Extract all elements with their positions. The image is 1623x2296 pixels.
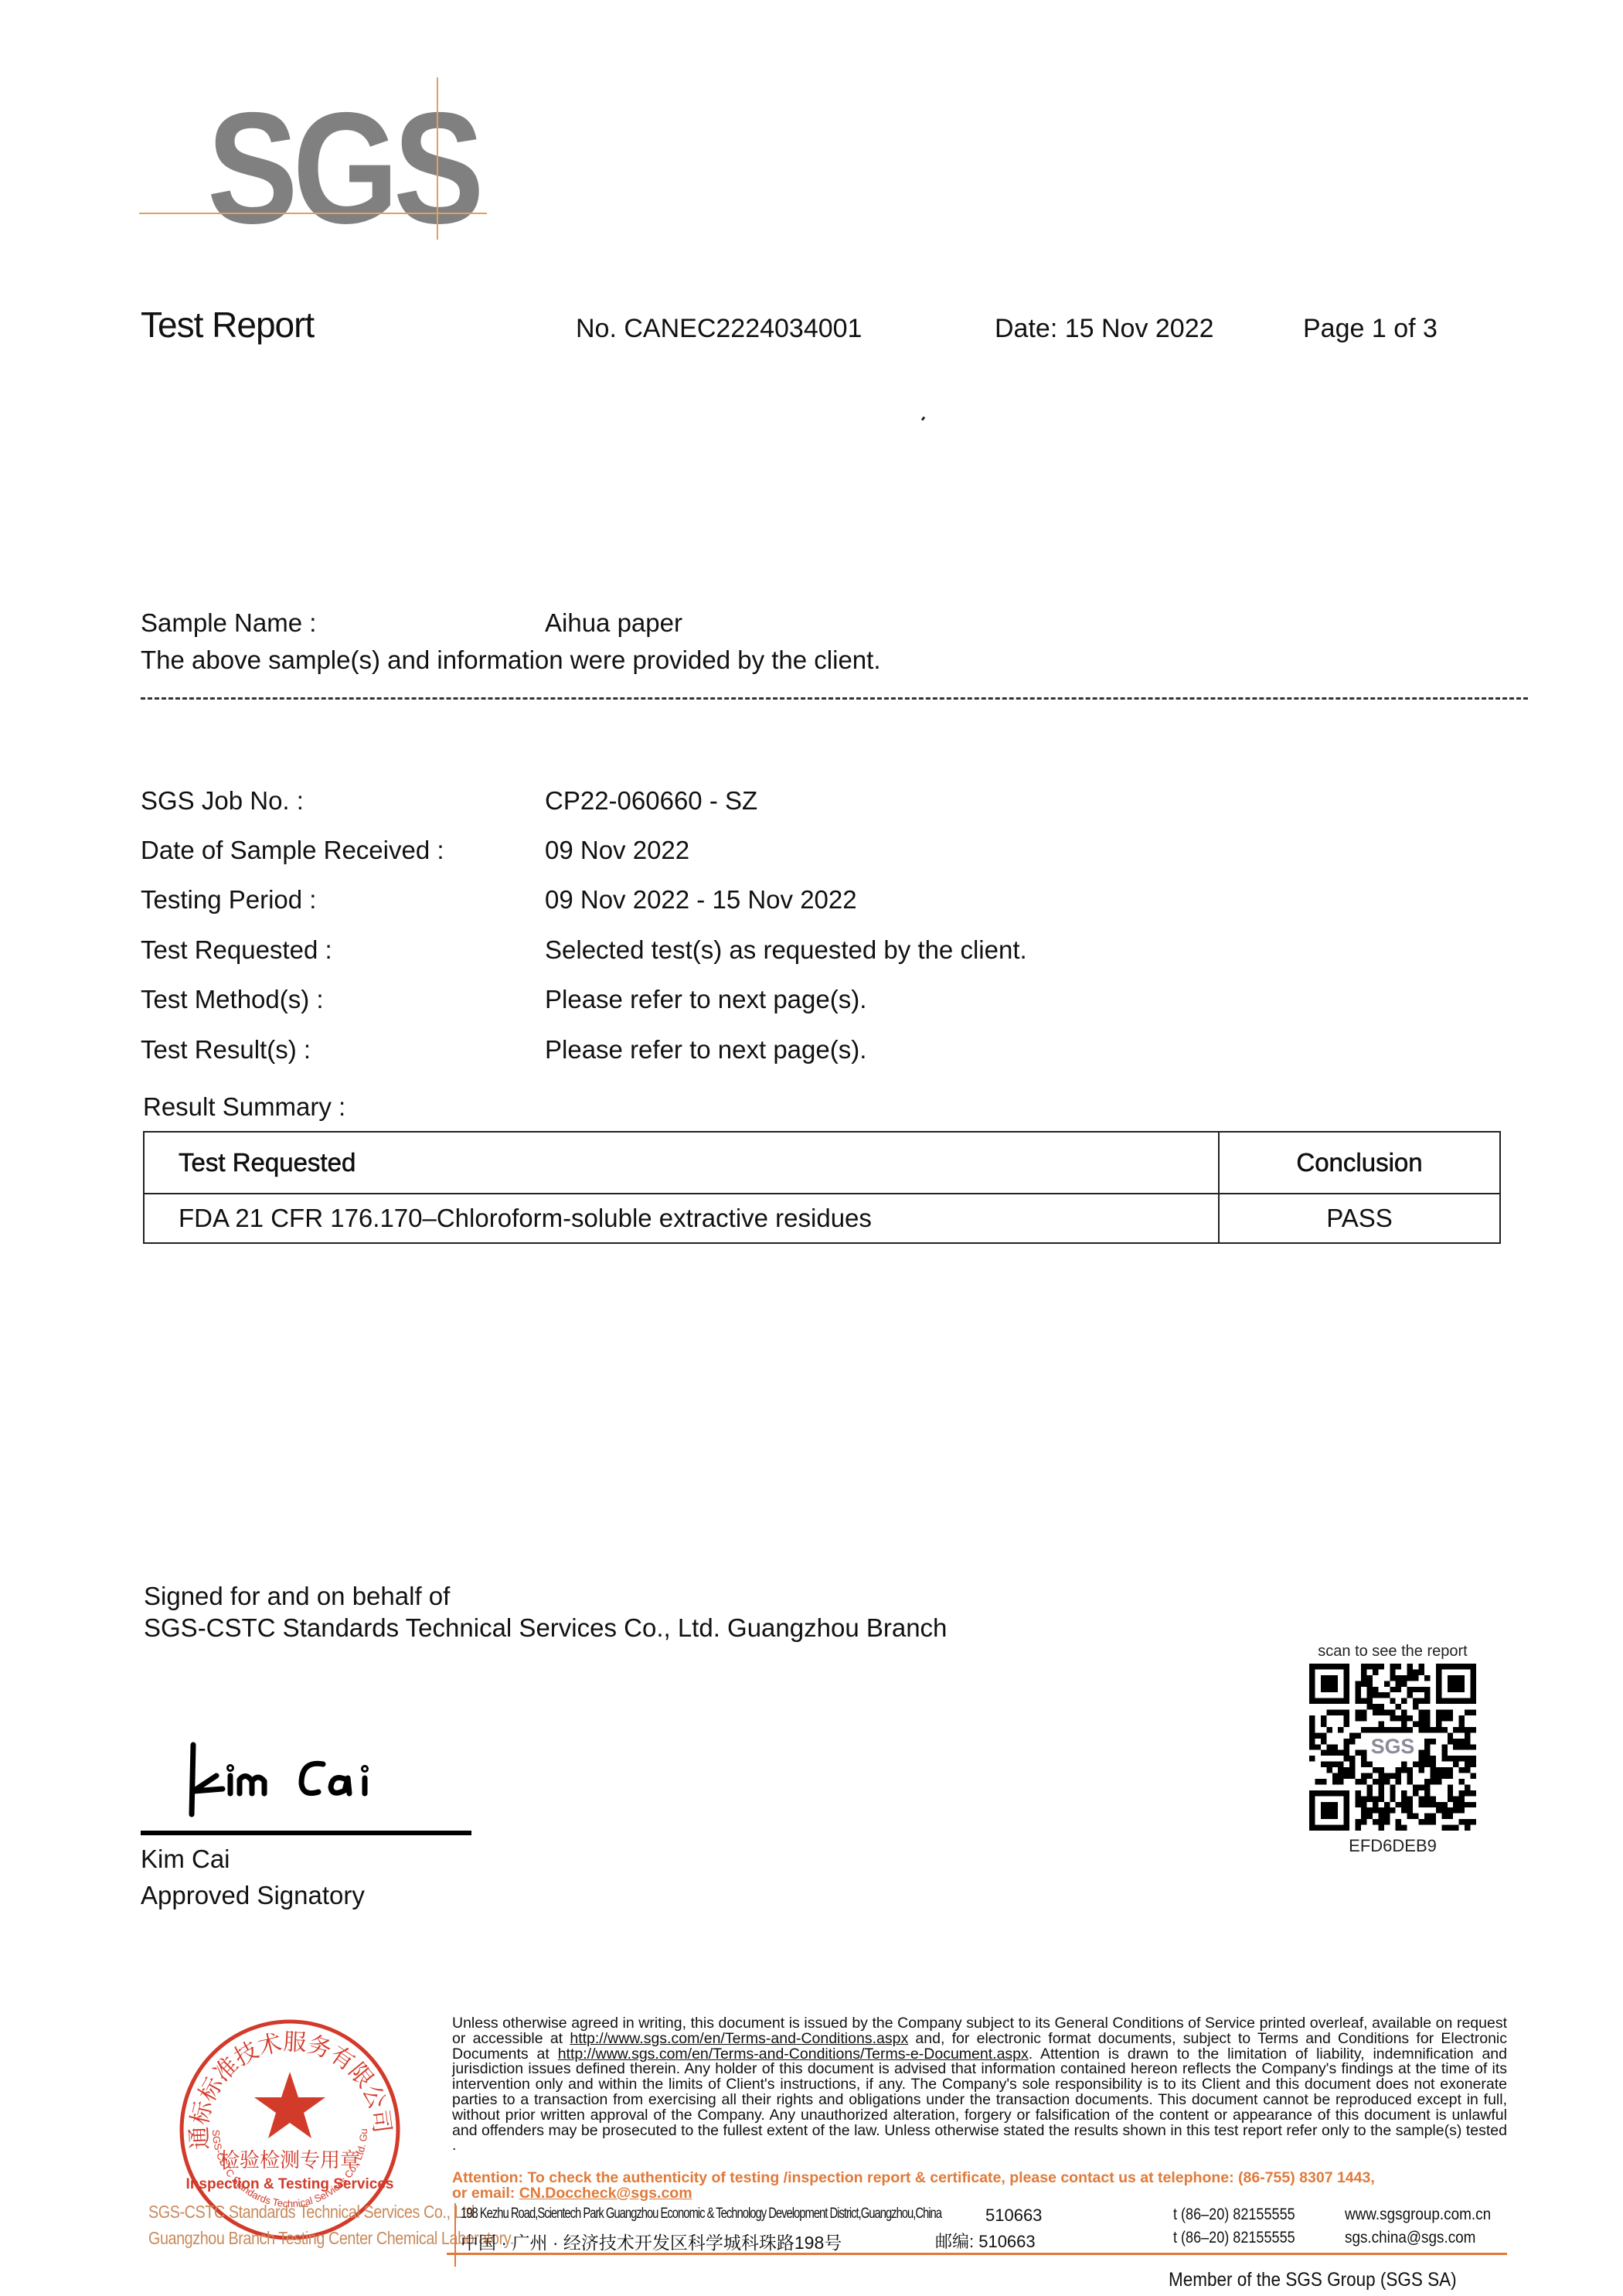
signatory-role: Approved Signatory (141, 1880, 365, 1911)
column-header-conclusion: Conclusion (1219, 1132, 1500, 1194)
svg-text:SGS: SGS (1371, 1735, 1415, 1758)
info-label: Date of Sample Received : (141, 835, 444, 866)
e-document-terms-link[interactable]: http://www.sgs.com/en/Terms-and-Conditio… (558, 2046, 1029, 2063)
info-row-date-received: Date of Sample Received : 09 Nov 2022 (141, 835, 1455, 874)
info-value: Please refer to next page(s). (545, 1034, 866, 1065)
sample-name-label: Sample Name : (141, 608, 316, 639)
report-date: Date: 15 Nov 2022 (995, 314, 1214, 344)
result-summary-label: Result Summary : (143, 1092, 345, 1122)
table-header-row: Test Requested Conclusion (144, 1132, 1500, 1194)
dashed-divider (141, 697, 1528, 700)
signing-company: SGS-CSTC Standards Technical Services Co… (144, 1613, 947, 1644)
qr-verification-code: EFD6DEB9 (1300, 1836, 1485, 1856)
table-row: FDA 21 CFR 176.170–Chloroform-soluble ex… (144, 1194, 1500, 1243)
lab-name-line2: Guangzhou Branch Testing Center Chemical… (148, 2228, 514, 2249)
info-label: Test Result(s) : (141, 1034, 311, 1065)
signatory-name: Kim Cai (141, 1844, 230, 1875)
info-value: Selected test(s) as requested by the cli… (545, 935, 1027, 966)
info-value: Please refer to next page(s). (545, 984, 866, 1015)
contact-email-link[interactable]: sgs.china@sgs.com (1345, 2229, 1475, 2247)
info-value: 09 Nov 2022 - 15 Nov 2022 (545, 884, 857, 915)
email-prefix: or email: (452, 2185, 519, 2202)
doccheck-email-link[interactable]: CN.Doccheck@sgs.com (519, 2185, 692, 2202)
terms-link[interactable]: http://www.sgs.com/en/Terms-and-Conditio… (570, 2030, 908, 2047)
info-value: 09 Nov 2022 (545, 835, 689, 866)
qr-code-icon[interactable]: SGS (1309, 1664, 1476, 1831)
info-row-test-results: Test Result(s) : Please refer to next pa… (141, 1034, 1455, 1073)
signed-on-behalf-line: Signed for and on behalf of (144, 1581, 450, 1612)
page-indicator: Page 1 of 3 (1303, 314, 1438, 344)
address-chinese: 中国 · 广州 · 经济技术开发区科学城科珠路198号 (461, 2229, 842, 2254)
legal-disclaimer: Unless otherwise agreed in writing, this… (452, 2016, 1507, 2154)
info-label: Test Method(s) : (141, 984, 324, 1015)
conclusion-cell: PASS (1219, 1194, 1500, 1243)
handwritten-signature (185, 1741, 417, 1826)
logo-baseline (139, 213, 487, 214)
info-label: SGS Job No. : (141, 785, 304, 816)
signature-line (141, 1831, 471, 1835)
telephone-2: t (86–20) 82155555 (1173, 2229, 1295, 2247)
sample-name-value: Aihua paper (545, 608, 682, 639)
group-membership: Member of the SGS Group (SGS SA) (1169, 2269, 1457, 2291)
stray-mark (921, 417, 925, 421)
address-english: 198 Kezhu Road,Scientech Park Guangzhou … (461, 2206, 941, 2223)
info-row-test-methods: Test Method(s) : Please refer to next pa… (141, 984, 1455, 1023)
legal-text: . Attention is drawn to the limitation o… (452, 2046, 1507, 2155)
column-header-test-requested: Test Requested (144, 1132, 1219, 1194)
test-name-cell: FDA 21 CFR 176.170–Chloroform-soluble ex… (144, 1194, 1219, 1243)
authenticity-notice: Attention: To check the authenticity of … (452, 2171, 1507, 2202)
stamp-center-en: Inspection & Testing Services (186, 2176, 394, 2192)
info-row-test-requested: Test Requested : Selected test(s) as req… (141, 935, 1455, 973)
sample-note: The above sample(s) and information were… (141, 645, 881, 676)
qr-block: scan to see the report SGS EFD6DEB9 (1300, 1643, 1485, 1856)
result-summary-table: Test Requested Conclusion FDA 21 CFR 176… (143, 1131, 1501, 1244)
stamp-center-cn: 检验检测专用章 (219, 2149, 360, 2172)
info-row-job-no: SGS Job No. : CP22-060660 - SZ (141, 785, 1455, 824)
website-link[interactable]: www.sgsgroup.com.cn (1345, 2206, 1491, 2224)
info-value: CP22-060660 - SZ (545, 785, 757, 816)
logo-vertical-line (437, 77, 438, 240)
postal-code-cn: 邮编: 510663 (935, 2229, 1036, 2253)
qr-caption: scan to see the report (1300, 1643, 1485, 1661)
info-row-testing-period: Testing Period : 09 Nov 2022 - 15 Nov 20… (141, 884, 1455, 923)
telephone-1: t (86–20) 82155555 (1173, 2206, 1295, 2224)
lab-name-line1: SGS-CSTC Standards Technical Services Co… (148, 2202, 478, 2223)
postal-code-en: 510663 (985, 2206, 1042, 2226)
sgs-logo: SGS (139, 73, 487, 240)
footer-vertical-rule (454, 2203, 456, 2267)
report-title: Test Report (141, 304, 314, 346)
info-label: Test Requested : (141, 935, 332, 966)
report-number: No. CANEC2224034001 (576, 314, 862, 344)
info-label: Testing Period : (141, 884, 316, 915)
